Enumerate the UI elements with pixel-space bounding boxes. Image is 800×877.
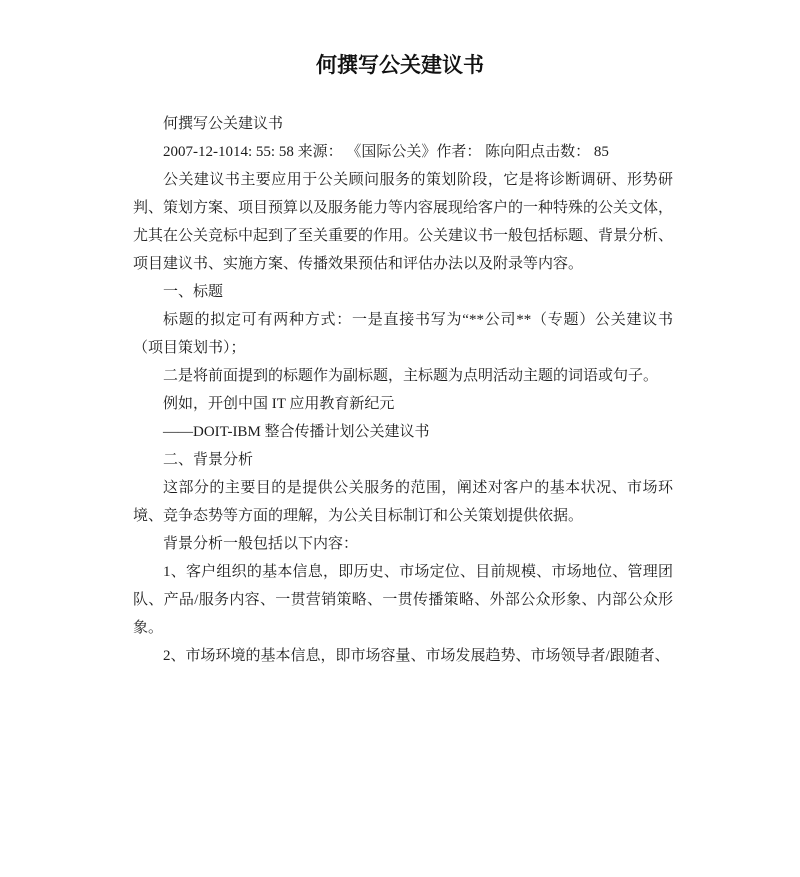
paragraph-intro: 公关建议书主要应用于公关顾问服务的策划阶段，它是将诊断调研、形势研判、策划方案、…	[133, 166, 673, 278]
document-title: 何撰写公关建议书	[0, 50, 800, 80]
paragraph-example: 例如，开创中国 IT 应用教育新纪元	[133, 390, 673, 418]
paragraph-background-list-intro: 背景分析一般包括以下内容：	[133, 530, 673, 558]
paragraph-title-method-1: 标题的拟定可有两种方式：一是直接书写为“**公司**（专题）公关建议书（项目策划…	[133, 306, 673, 362]
heading-section-1-title: 一、标题	[133, 278, 673, 306]
paragraph-background-item-1: 1、客户组织的基本信息，即历史、市场定位、目前规模、市场地位、管理团队、产品/服…	[133, 558, 673, 642]
paragraph-background-item-2: 2、市场环境的基本信息，即市场容量、市场发展趋势、市场领导者/跟随者、	[133, 642, 673, 670]
paragraph-title-line: 何撰写公关建议书	[133, 110, 673, 138]
paragraph-title-method-2: 二是将前面提到的标题作为副标题，主标题为点明活动主题的词语或句子。	[133, 362, 673, 390]
document-page: 何撰写公关建议书 何撰写公关建议书 2007-12-1014: 55: 58 来…	[0, 0, 800, 877]
heading-section-2-background: 二、背景分析	[133, 446, 673, 474]
document-body: 何撰写公关建议书 2007-12-1014: 55: 58 来源： 《国际公关》…	[133, 110, 673, 670]
paragraph-meta-line: 2007-12-1014: 55: 58 来源： 《国际公关》作者： 陈向阳点击…	[133, 138, 673, 166]
paragraph-background-purpose: 这部分的主要目的是提供公关服务的范围，阐述对客户的基本状况、市场环境、竞争态势等…	[133, 474, 673, 530]
paragraph-example-subtitle: ——DOIT-IBM 整合传播计划公关建议书	[133, 418, 673, 446]
